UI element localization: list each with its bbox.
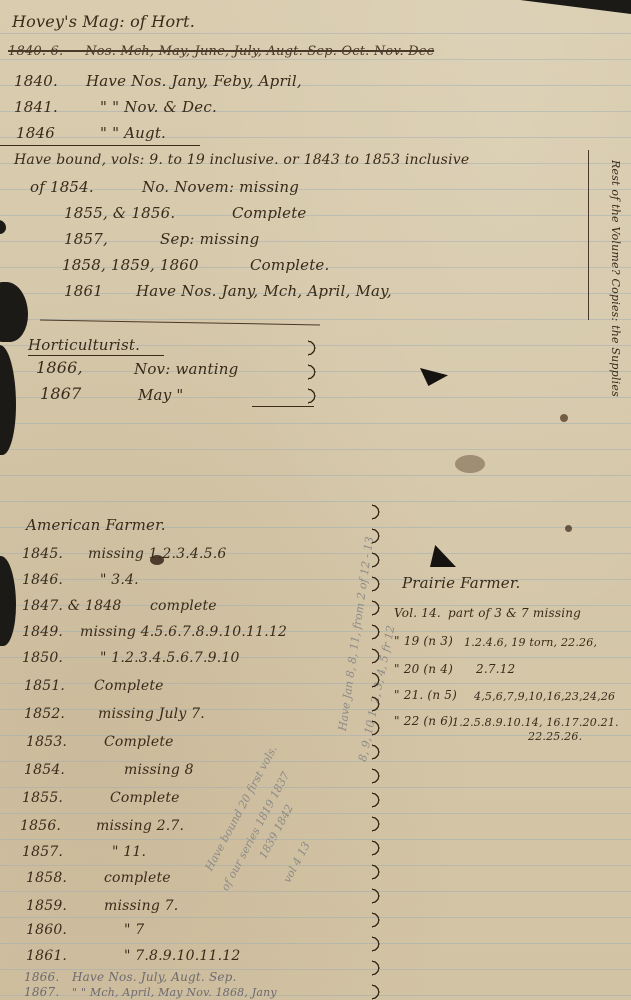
horticulturist-entry: May "	[138, 386, 183, 404]
section-title-hoveys: Hovey's Mag: of Hort.	[12, 12, 195, 31]
af-entry: complete	[104, 870, 171, 886]
foxing-spot	[560, 414, 568, 422]
af-year: 1846.	[22, 572, 63, 588]
struck-line: 1840. 6. — Nos. Mch, May, June, July, Au…	[8, 44, 468, 59]
af-year: 1847. & 1848	[22, 598, 121, 614]
side-note-bracket	[588, 150, 589, 320]
af-year: 1858.	[26, 870, 67, 886]
hoveys-entry: Sep: missing	[160, 230, 259, 248]
af-entry: " 11.	[112, 844, 146, 860]
hoveys-year: 1861	[64, 282, 103, 300]
af-entry: missing 8	[124, 762, 194, 778]
section-title-american-farmer: American Farmer.	[26, 516, 166, 534]
af-faded-entry: " " Mch, April, May Nov. 1868, Jany	[72, 986, 277, 999]
hoveys-year: 1858, 1859, 1860	[62, 256, 199, 274]
foxing-spot	[565, 525, 572, 532]
title-underline	[28, 355, 164, 356]
hoveys-entry: Complete	[232, 204, 307, 222]
af-year: 1854.	[24, 762, 65, 778]
horticulturist-year: 1867	[40, 384, 82, 403]
hoveys-year: 1840.	[14, 72, 58, 90]
pf-entry: part of 3 & 7 missing	[448, 606, 581, 620]
af-year: 1856.	[20, 818, 61, 834]
pf-label: " 21. (n 5)	[394, 688, 457, 702]
af-entry: missing 1.2.3.4.5.6	[88, 546, 227, 562]
pf-entry: 1.2.4.6, 19 torn, 22.26,	[464, 636, 597, 649]
hoveys-entry: No. Novem: missing	[142, 178, 299, 196]
af-entry: Complete	[110, 790, 180, 806]
af-faded-entry: Have Nos. July, Augt. Sep.	[72, 970, 237, 984]
hoveys-entry: Have Nos. Jany, Mch, April, May,	[136, 282, 392, 300]
af-entry: missing 4.5.6.7.8.9.10.11.12	[80, 624, 287, 640]
af-year: 1860.	[26, 922, 67, 938]
af-faded-year: 1866.	[24, 970, 59, 984]
side-note: Rest of the Volume? Copies: the Supplies	[609, 160, 622, 397]
af-entry: missing 2.7.	[96, 818, 184, 834]
af-entry: Complete	[94, 678, 164, 694]
af-entry: " 7	[124, 922, 144, 938]
horticulturist-entry: Nov: wanting	[134, 360, 238, 378]
hoveys-entry: " " Augt.	[100, 124, 166, 142]
af-year: 1853.	[26, 734, 67, 750]
af-year: 1845.	[22, 546, 63, 562]
af-year: 1850.	[22, 650, 63, 666]
hoveys-year: 1855, & 1856.	[64, 204, 175, 222]
af-entry: complete	[150, 598, 217, 614]
af-entry: missing July 7.	[98, 706, 205, 722]
af-year: 1859.	[26, 898, 67, 914]
af-faded-year: 1867.	[24, 985, 59, 999]
hoveys-year: 1841.	[14, 98, 58, 116]
af-year: 1849.	[22, 624, 63, 640]
af-entry: " 3.4.	[100, 572, 139, 588]
pf-entry: 22.25.26.	[528, 730, 582, 743]
pf-label: Vol. 14.	[394, 606, 441, 620]
af-entry: " 1.2.3.4.5.6.7.9.10	[100, 650, 240, 666]
hoveys-entry: Have Nos. Jany, Feby, April,	[86, 72, 302, 90]
af-year: 1855.	[22, 790, 63, 806]
hoveys-entry: " " Nov. & Dec.	[100, 98, 217, 116]
af-entry: Complete	[104, 734, 174, 750]
af-year: 1852.	[24, 706, 65, 722]
pf-label: " 20 (n 4)	[394, 662, 453, 676]
manuscript-page: Hovey's Mag: of Hort. 1840. 6. — Nos. Mc…	[0, 0, 631, 1000]
column-divider-wavy	[372, 500, 386, 1000]
af-entry: " 7.8.9.10.11.12	[124, 948, 241, 964]
af-year: 1861.	[26, 948, 67, 964]
pf-label: " 22 (n 6)	[394, 714, 453, 728]
section-title-prairie-farmer: Prairie Farmer.	[402, 574, 521, 592]
hoveys-year: 1846	[16, 124, 55, 142]
bracket-wavy	[308, 336, 322, 408]
bound-note: Have bound, vols: 9. to 19 inclusive. or…	[14, 152, 469, 168]
af-entry: missing 7.	[104, 898, 178, 914]
pf-entry: 4,5,6,7,9,10,16,23,24,26	[474, 690, 615, 703]
pf-label: " 19 (n 3)	[394, 634, 453, 648]
pf-entry: 1.2.5.8.9.10.14, 16.17.20.21.	[452, 716, 619, 729]
horticulturist-year: 1866,	[36, 358, 83, 377]
af-year: 1851.	[24, 678, 65, 694]
af-year: 1857.	[22, 844, 63, 860]
ink-smudge	[455, 455, 485, 473]
hoveys-entry: Complete.	[250, 256, 329, 274]
section-title-horticulturist: Horticulturist.	[28, 336, 140, 354]
bracket-tail	[252, 406, 314, 407]
section-divider	[0, 145, 200, 146]
hoveys-year: 1857,	[64, 230, 108, 248]
ruled-lines	[0, 0, 631, 1000]
hoveys-year: of 1854.	[30, 178, 94, 196]
pf-entry: 2.7.12	[476, 662, 515, 676]
